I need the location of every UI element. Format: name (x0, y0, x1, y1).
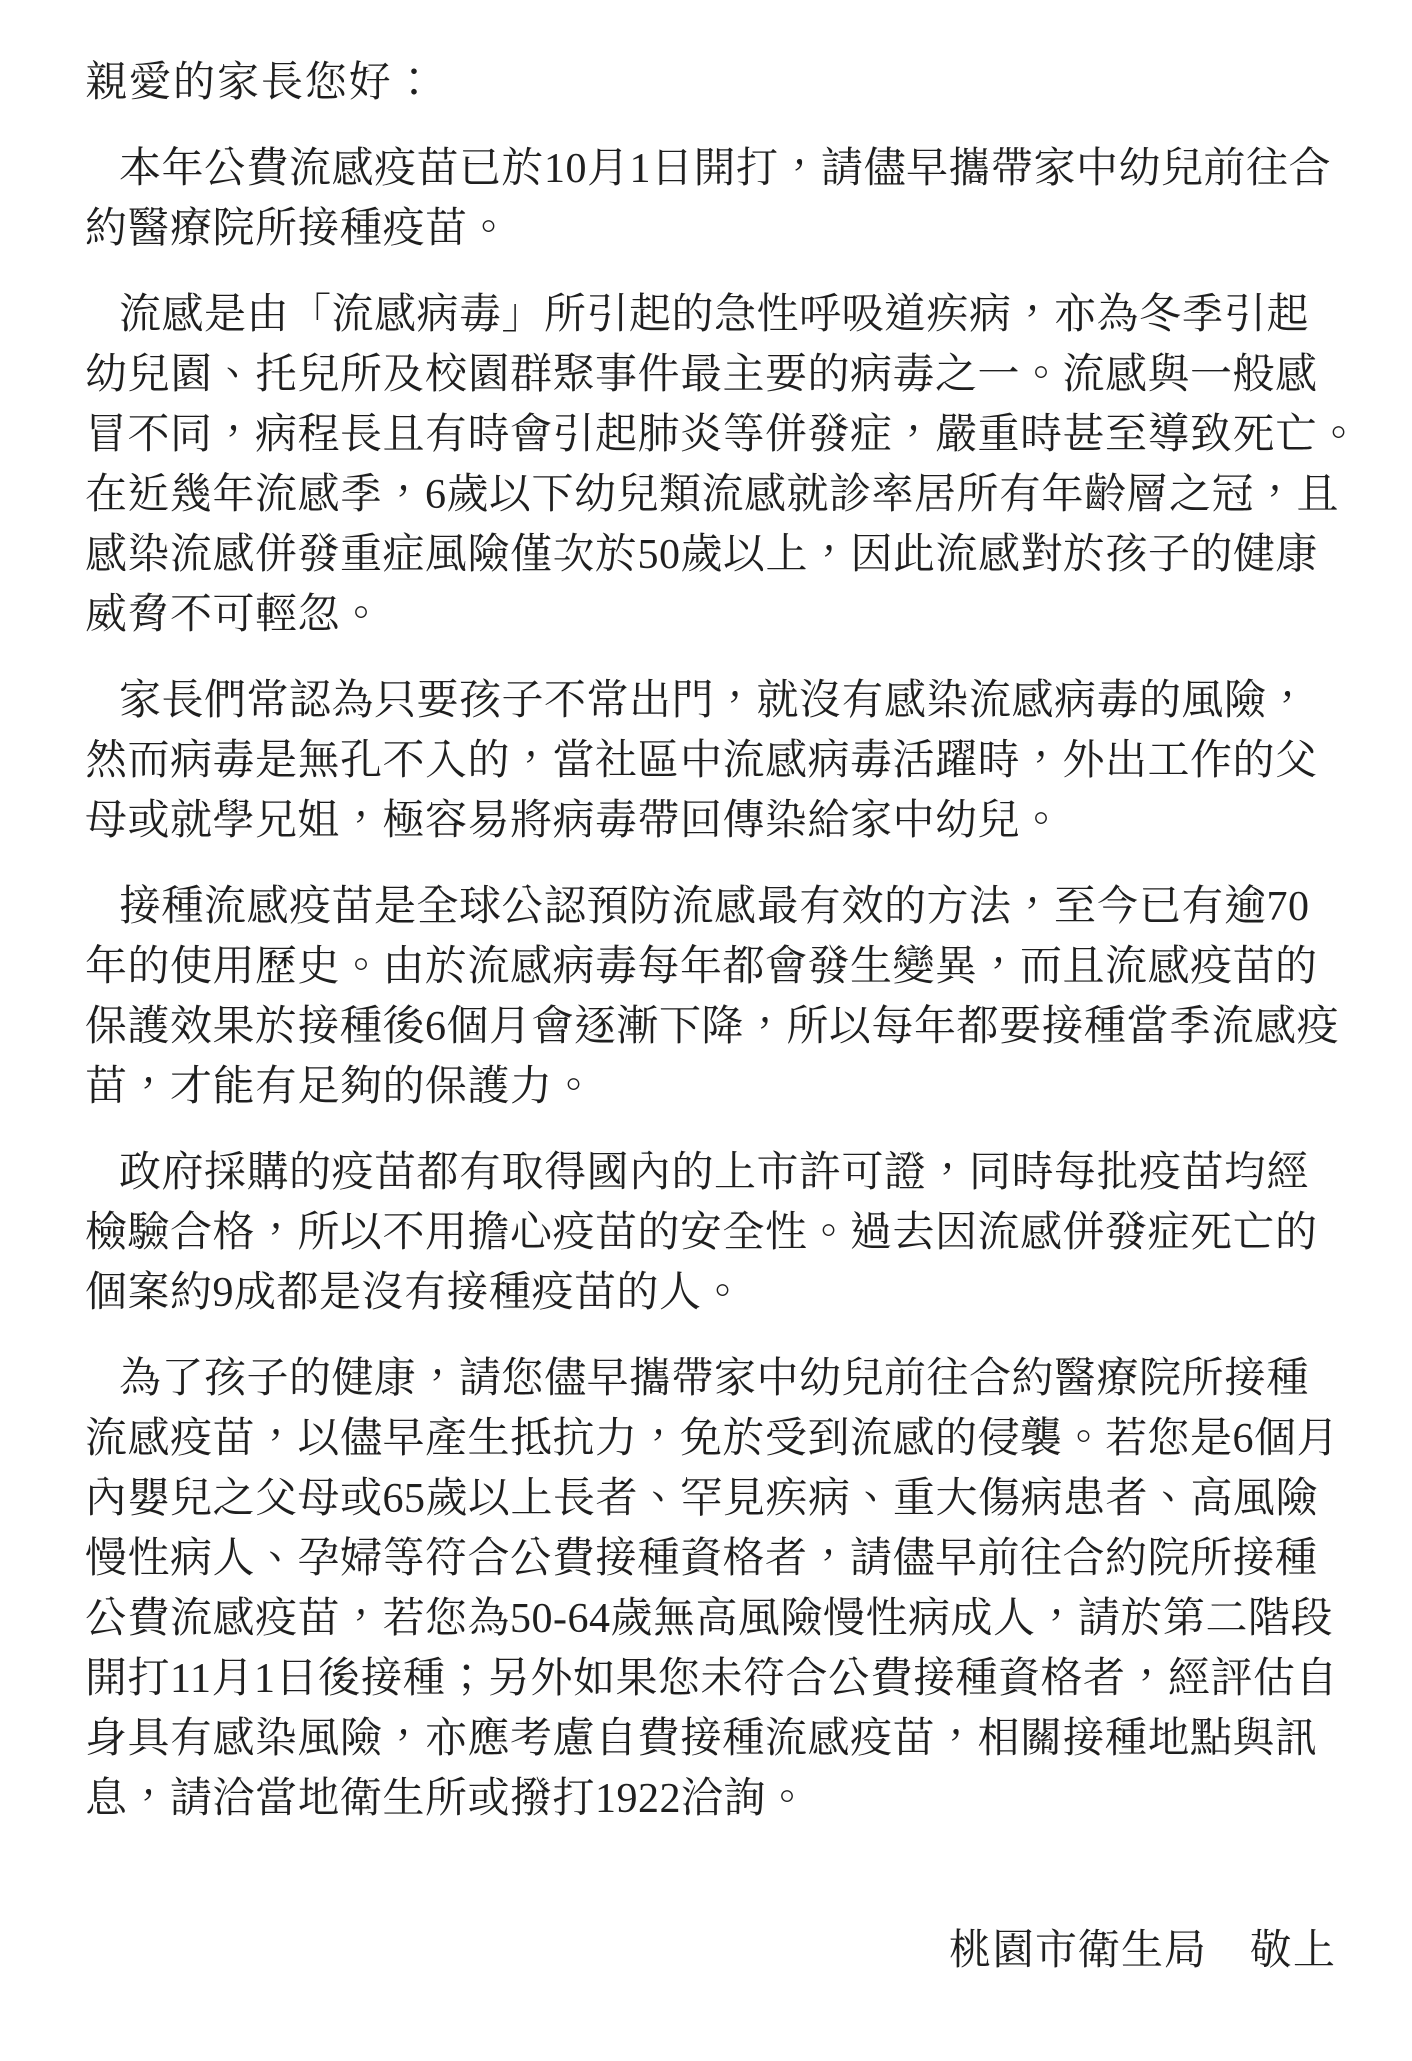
paragraph-line: 保護效果於接種後6個月會逐漸下降，所以每年都要接種當季流感疫 (85, 997, 1336, 1057)
paragraph-household-risk: 家長們常認為只要孩子不常出門，就沒有感染流感病毒的風險， 然而病毒是無孔不入的，… (85, 671, 1336, 851)
paragraph-line: 年的使用歷史。由於流感病毒每年都會發生變異，而且流感疫苗的 (85, 937, 1336, 997)
paragraph-line: 約醫療院所接種疫苗。 (85, 199, 1336, 259)
paragraph-line: 流感疫苗，以儘早產生抵抗力，免於受到流感的侵襲。若您是6個月 (85, 1409, 1336, 1469)
signature: 桃園市衛生局 敬上 (85, 1921, 1336, 1981)
paragraph-line: 本年公費流感疫苗已於10月1日開打，請儘早攜帶家中幼兒前往合 (85, 139, 1336, 199)
paragraph-line: 內嬰兒之父母或65歲以上長者、罕見疾病、重大傷病患者、高風險 (85, 1469, 1336, 1529)
paragraph-line: 冒不同，病程長且有時會引起肺炎等併發症，嚴重時甚至導致死亡。 (85, 405, 1336, 465)
paragraph-vaccine-effectiveness: 接種流感疫苗是全球公認預防流感最有效的方法，至今已有逾70 年的使用歷史。由於流… (85, 877, 1336, 1117)
paragraph-line: 開打11月1日後接種；另外如果您未符合公費接種資格者，經評估自 (85, 1649, 1336, 1709)
paragraph-line: 感染流感併發重症風險僅次於50歲以上，因此流感對於孩子的健康 (85, 525, 1336, 585)
paragraph-vaccine-start: 本年公費流感疫苗已於10月1日開打，請儘早攜帶家中幼兒前往合 約醫療院所接種疫苗… (85, 139, 1336, 259)
paragraph-vaccine-safety: 政府採購的疫苗都有取得國內的上市許可證，同時每批疫苗均經 檢驗合格，所以不用擔心… (85, 1143, 1336, 1323)
paragraph-line: 流感是由「流感病毒」所引起的急性呼吸道疾病，亦為冬季引起 (85, 285, 1336, 345)
greeting: 親愛的家長您好： (85, 53, 1336, 113)
paragraph-line: 母或就學兄姐，極容易將病毒帶回傳染給家中幼兒。 (85, 791, 1336, 851)
paragraph-line: 接種流感疫苗是全球公認預防流感最有效的方法，至今已有逾70 (85, 877, 1336, 937)
paragraph-line: 然而病毒是無孔不入的，當社區中流感病毒活躍時，外出工作的父 (85, 731, 1336, 791)
paragraph-line: 為了孩子的健康，請您儘早攜帶家中幼兒前往合約醫療院所接種 (85, 1349, 1336, 1409)
paragraph-line: 苗，才能有足夠的保護力。 (85, 1057, 1336, 1117)
paragraph-line: 政府採購的疫苗都有取得國內的上市許可證，同時每批疫苗均經 (85, 1143, 1336, 1203)
paragraph-line: 身具有感染風險，亦應考慮自費接種流感疫苗，相關接種地點與訊 (85, 1709, 1336, 1769)
paragraph-line: 在近幾年流感季，6歲以下幼兒類流感就診率居所有年齡層之冠，且 (85, 465, 1336, 525)
paragraph-line: 公費流感疫苗，若您為50-64歲無高風險慢性病成人，請於第二階段 (85, 1589, 1336, 1649)
paragraph-line: 檢驗合格，所以不用擔心疫苗的安全性。過去因流感併發症死亡的 (85, 1203, 1336, 1263)
paragraph-line: 幼兒園、托兒所及校園群聚事件最主要的病毒之一。流感與一般感 (85, 345, 1336, 405)
greeting-text: 親愛的家長您好： (85, 53, 1336, 113)
paragraph-call-to-action: 為了孩子的健康，請您儘早攜帶家中幼兒前往合約醫療院所接種 流感疫苗，以儘早產生抵… (85, 1349, 1336, 1829)
paragraph-line: 個案約9成都是沒有接種疫苗的人。 (85, 1263, 1336, 1323)
paragraph-line: 威脅不可輕忽。 (85, 585, 1336, 645)
paragraph-flu-description: 流感是由「流感病毒」所引起的急性呼吸道疾病，亦為冬季引起 幼兒園、托兒所及校園群… (85, 285, 1336, 645)
paragraph-line: 慢性病人、孕婦等符合公費接種資格者，請儘早前往合約院所接種 (85, 1529, 1336, 1589)
paragraph-line: 家長們常認為只要孩子不常出門，就沒有感染流感病毒的風險， (85, 671, 1336, 731)
letter-page: 親愛的家長您好： 本年公費流感疫苗已於10月1日開打，請儘早攜帶家中幼兒前往合 … (0, 0, 1412, 2061)
paragraph-line: 息，請洽當地衛生所或撥打1922洽詢。 (85, 1769, 1336, 1829)
